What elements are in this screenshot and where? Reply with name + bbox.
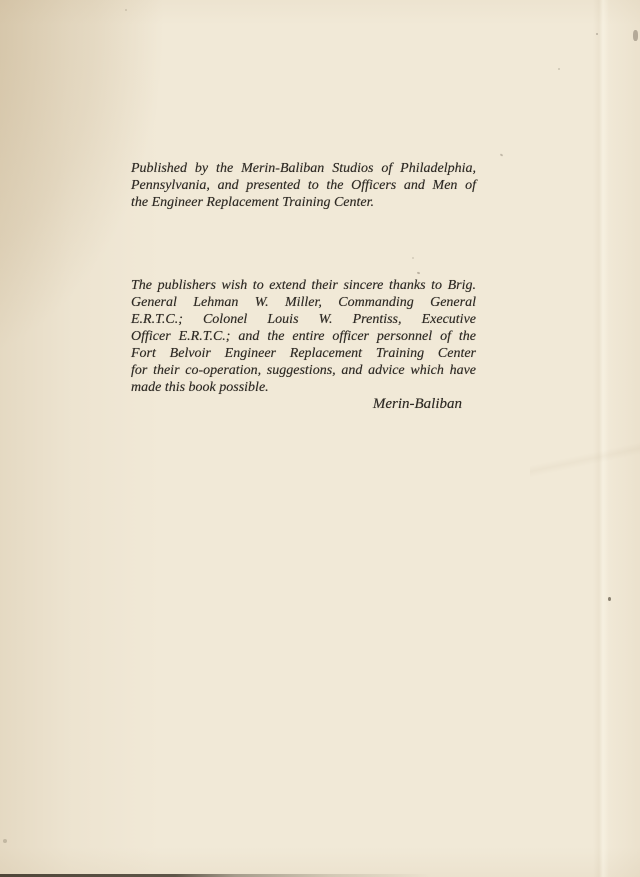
- text-line: The publishers wish to extend their sinc…: [131, 277, 476, 294]
- publisher-signature: Merin-Baliban: [131, 396, 476, 413]
- page-text-block: Published by the Merin-Baliban Studios o…: [131, 160, 476, 413]
- text-line: Published by the Merin-Baliban Studios o…: [131, 160, 476, 177]
- publisher-note-paragraph: Published by the Merin-Baliban Studios o…: [131, 160, 476, 211]
- text-line: made this book possible.: [131, 379, 476, 396]
- text-line: General Lehman W. Miller, Commanding Gen…: [131, 294, 476, 311]
- text-line: E.R.T.C.; Colonel Louis W. Prentiss, Exe…: [131, 311, 476, 328]
- paper-speck: [558, 68, 560, 70]
- paper-speck: [125, 9, 127, 11]
- acknowledgment-paragraph: The publishers wish to extend their sinc…: [131, 277, 476, 413]
- text-line: for their co-operation, suggestions, and…: [131, 362, 476, 379]
- paper-speck: [633, 30, 638, 41]
- text-line: Officer E.R.T.C.; and the entire officer…: [131, 328, 476, 345]
- text-line: Fort Belvoir Engineer Replacement Traini…: [131, 345, 476, 362]
- scanned-book-page: Published by the Merin-Baliban Studios o…: [0, 0, 640, 877]
- paper-speck: [3, 839, 7, 843]
- paper-crease-diagonal: [530, 420, 640, 500]
- text-line: Pennsylvania, and presented to the Offic…: [131, 177, 476, 194]
- paper-speck: [608, 597, 611, 601]
- text-line: the Engineer Replacement Training Center…: [131, 194, 476, 211]
- paper-speck: [500, 153, 504, 156]
- paper-speck: [596, 33, 598, 35]
